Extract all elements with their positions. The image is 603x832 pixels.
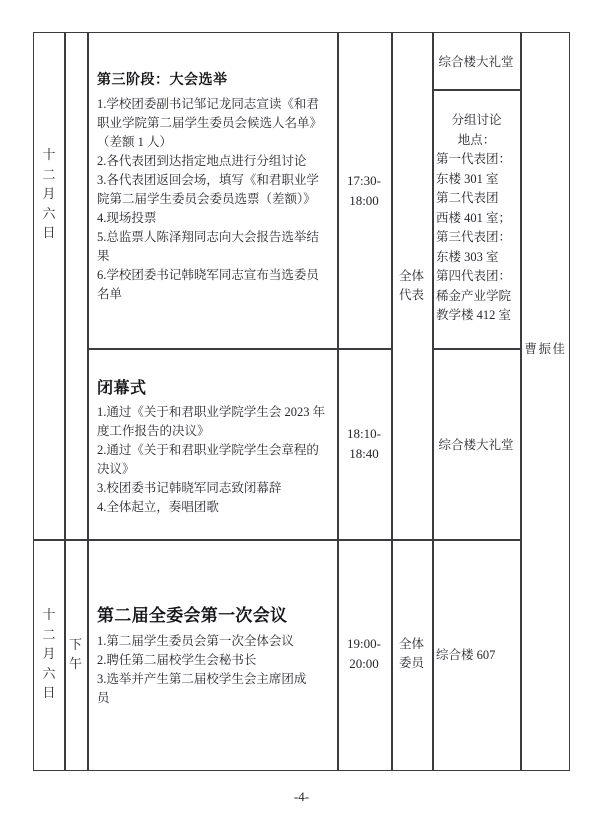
location-cell-discussion: 分组讨论 地点： 第一代表团： 东楼 301 室 第二代表团 西楼 401 室；… <box>432 89 520 348</box>
agenda-line: 2.各代表团到达指定地点进行分组讨论 <box>97 152 327 171</box>
location-text: 综合楼大礼堂 <box>438 435 513 453</box>
attendees-cell-block1: 全体 代表 <box>391 33 432 539</box>
agenda-line: 2.通过《关于和君职业学院学生会章程的 <box>97 441 327 460</box>
time-line: 18:00 <box>349 191 379 211</box>
agenda-line: 2.聘任第二届校学生会秘书长 <box>97 651 327 670</box>
session-election-cell: 第三阶段：大会选举 1.学校团委副书记邹记龙同志宣读《和君 职业学院第二届学生委… <box>87 33 337 348</box>
agenda-line: 3.各代表团返回会场，填写《和君职业学 <box>97 171 327 190</box>
period-text: 下午 <box>67 635 84 674</box>
location-line: 东楼 301 室 <box>436 170 517 190</box>
agenda-line: 决议》 <box>97 460 327 479</box>
agenda-line: 1.通过《关于和君职业学院学生会 2023 年 <box>97 403 327 422</box>
attendees-cell-block2: 全体 委员 <box>391 539 432 769</box>
agenda-line: 6.学校团委书记韩晓军同志宣布当选委员 <box>97 266 327 285</box>
session-plenary-title: 第二届全委会第一次会议 <box>97 603 327 629</box>
date-cell-block2: 十二月六日 <box>34 539 64 769</box>
time-line: 20:00 <box>349 654 379 674</box>
agenda-table: 十二月六日 第三阶段：大会选举 1.学校团委副书记邹记龙同志宣读《和君 职业学院… <box>33 32 570 771</box>
agenda-line: 职业学院第二届学生委员会候选人名单》 <box>97 114 327 133</box>
session-plenary-cell: 第二届全委会第一次会议 1.第二届学生委员会第一次全体会议 2.聘任第二届校学生… <box>87 539 337 769</box>
attendees-line: 代表 <box>399 286 424 305</box>
location-line: 地点： <box>436 131 517 151</box>
agenda-line: 4.现场投票 <box>97 209 327 228</box>
agenda-line: 果 <box>97 247 327 266</box>
date-text: 十二月六日 <box>41 145 58 243</box>
location-cell-607: 综合楼 607 <box>432 539 520 769</box>
location-line: 西楼 401 室； <box>436 209 517 229</box>
date-cell-block1: 十二月六日 <box>34 33 64 539</box>
session-closing-cell: 闭幕式 1.通过《关于和君职业学院学生会 2023 年 度工作报告的决议》 2.… <box>87 348 337 539</box>
location-line: 东楼 303 室 <box>436 248 517 268</box>
agenda-line: 3.校团委书记韩晓军同志致闭幕辞 <box>97 479 327 498</box>
date-text: 十二月六日 <box>41 605 58 703</box>
attendees-line: 全体 <box>399 267 424 286</box>
period-cell-block2: 下午 <box>64 539 87 769</box>
time-cell-session1: 17:30- 18:00 <box>337 33 391 348</box>
location-text: 综合楼 607 <box>436 645 495 663</box>
agenda-line: 1.学校团委副书记邹记龙同志宣读《和君 <box>97 95 327 114</box>
page-number: -4- <box>0 789 603 805</box>
agenda-line: 3.选举并产生第二届校学生会主席团成 <box>97 670 327 689</box>
location-line: 第二代表团 <box>436 189 517 209</box>
agenda-line: 院第二届学生委员会委员选票（差额）》 <box>97 190 327 209</box>
location-line: 第三代表团： <box>436 228 517 248</box>
agenda-line: 4.全体起立，奏唱团歌 <box>97 498 327 517</box>
time-line: 18:40 <box>349 444 379 464</box>
time-line: 18:10- <box>347 424 381 444</box>
time-line: 17:30- <box>347 171 381 191</box>
location-line: 稀金产业学院 <box>436 287 517 307</box>
agenda-line: 员 <box>97 689 327 708</box>
agenda-line: 5.总监票人陈泽翔同志向大会报告选举结 <box>97 228 327 247</box>
responsible-person-name: 曹振佳 <box>520 339 571 357</box>
responsible-person-cell: 曹振佳 <box>520 33 571 769</box>
location-line: 第一代表团： <box>436 150 517 170</box>
attendees-line: 全体 <box>399 635 424 654</box>
agenda-line: 度工作报告的决议》 <box>97 422 327 441</box>
time-line: 19:00- <box>347 634 381 654</box>
time-cell-session3: 19:00- 20:00 <box>337 539 391 769</box>
period-cell-block1 <box>64 33 87 539</box>
location-cell-hall-top: 综合楼大礼堂 <box>432 33 520 89</box>
location-line: 分组讨论 <box>436 111 517 131</box>
agenda-line: 名单 <box>97 285 327 304</box>
session-election-title: 第三阶段：大会选举 <box>97 70 327 92</box>
document-page: 十二月六日 第三阶段：大会选举 1.学校团委副书记邹记龙同志宣读《和君 职业学院… <box>0 0 603 832</box>
location-line: 教学楼 412 室 <box>436 306 517 326</box>
agenda-line: （差额 1 人） <box>97 133 327 152</box>
location-text: 综合楼大礼堂 <box>438 52 513 70</box>
location-line: 第四代表团： <box>436 267 517 287</box>
session-closing-title: 闭幕式 <box>97 378 327 400</box>
attendees-line: 委员 <box>399 654 424 673</box>
agenda-line: 1.第二届学生委员会第一次全体会议 <box>97 632 327 651</box>
location-cell-hall-bottom: 综合楼大礼堂 <box>432 348 520 539</box>
time-cell-session2: 18:10- 18:40 <box>337 348 391 539</box>
